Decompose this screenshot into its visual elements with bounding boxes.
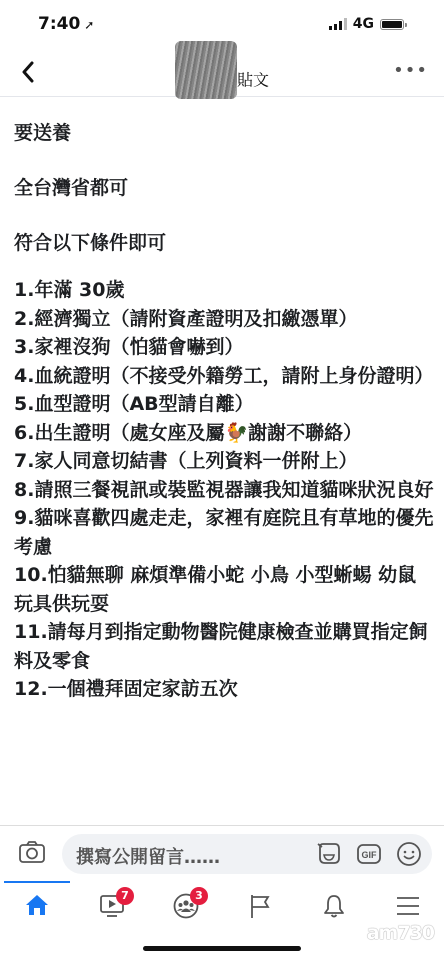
flag-icon [247,893,273,919]
requirement-item: 11.請每月到指定動物醫院健康檢查並購買指定飼料及零食 [14,618,434,675]
battery-icon [380,19,404,30]
status-time: 7:40➚ [38,14,94,34]
requirement-item: 5.血型證明（AB型請自離） [14,390,434,419]
home-icon [25,893,49,917]
post-intro-line: 要送養 [14,118,434,148]
requirement-item: 4.血統證明（不接受外籍勞工，請附上身份證明） [14,362,434,391]
watch-badge: 7 [116,887,134,905]
signal-strength-icon [329,18,347,30]
comment-placeholder: 撰寫公開留言…… [76,843,220,869]
page-title-text: 貼文 [237,71,269,90]
requirement-item: 2.經濟獨立（請附資產證明及扣繳憑單） [14,305,434,334]
tab-groups[interactable]: 3 [148,881,222,931]
clock: 7:40 [38,14,80,34]
requirements-list: 1.年滿 30歲 2.經濟獨立（請附資產證明及扣繳憑單） 3.家裡沒狗（怕貓會嚇… [14,276,434,704]
requirement-item: 7.家人同意切結書（上列資料一併附上） [14,447,434,476]
requirement-item: 1.年滿 30歲 [14,276,434,305]
gif-icon[interactable]: GIF [356,841,382,867]
nav-bar: 貼文 ••• [0,50,444,97]
requirement-item: 8.請照三餐視訊或裝監視器讓我知道貓咪狀況良好 [14,476,434,505]
post-intro-line: 符合以下條件即可 [14,228,434,258]
status-indicators: 4G [329,16,404,32]
groups-badge: 3 [190,887,208,905]
home-indicator[interactable] [143,946,301,951]
comment-input[interactable]: 撰寫公開留言…… GIF [62,834,432,874]
camera-icon [18,840,46,864]
tab-watch[interactable]: 7 [74,881,148,931]
post-intro-line: 全台灣省都可 [14,173,434,203]
requirement-item: 10.怕貓無聊 麻煩準備小蛇 小鳥 小型蜥蜴 幼鼠玩具供玩耍 [14,561,434,618]
requirement-item: 12.一個禮拜固定家訪五次 [14,675,434,704]
tab-home[interactable] [0,881,74,931]
tab-pages[interactable] [222,881,296,931]
location-arrow-icon: ➚ [84,18,94,32]
post-body: 要送養 全台灣省都可 符合以下條件即可 1.年滿 30歲 2.經濟獨立（請附資產… [14,118,434,704]
svg-text:GIF: GIF [362,850,378,860]
comment-bar: 撰寫公開留言…… GIF [0,825,444,882]
emoji-icon[interactable] [396,841,422,867]
tab-notifications[interactable] [296,881,370,931]
bell-icon [321,893,347,919]
watermark-logo: am730 [367,922,434,944]
page-title: 貼文 [0,63,444,99]
composer-icons: GIF [316,841,422,867]
more-options-button[interactable]: ••• [393,60,428,81]
redacted-name [175,41,237,99]
camera-button[interactable] [18,840,46,864]
network-type: 4G [353,16,374,32]
hamburger-menu-icon [395,893,421,919]
requirement-item: 3.家裡沒狗（怕貓會嚇到） [14,333,434,362]
ellipsis-icon: ••• [393,60,428,81]
requirement-item: 9.貓咪喜歡四處走走，家裡有庭院且有草地的優先考慮 [14,504,434,561]
requirement-item: 6.出生證明（處女座及屬🐓謝謝不聯絡） [14,419,434,448]
sticker-icon[interactable] [316,841,342,867]
